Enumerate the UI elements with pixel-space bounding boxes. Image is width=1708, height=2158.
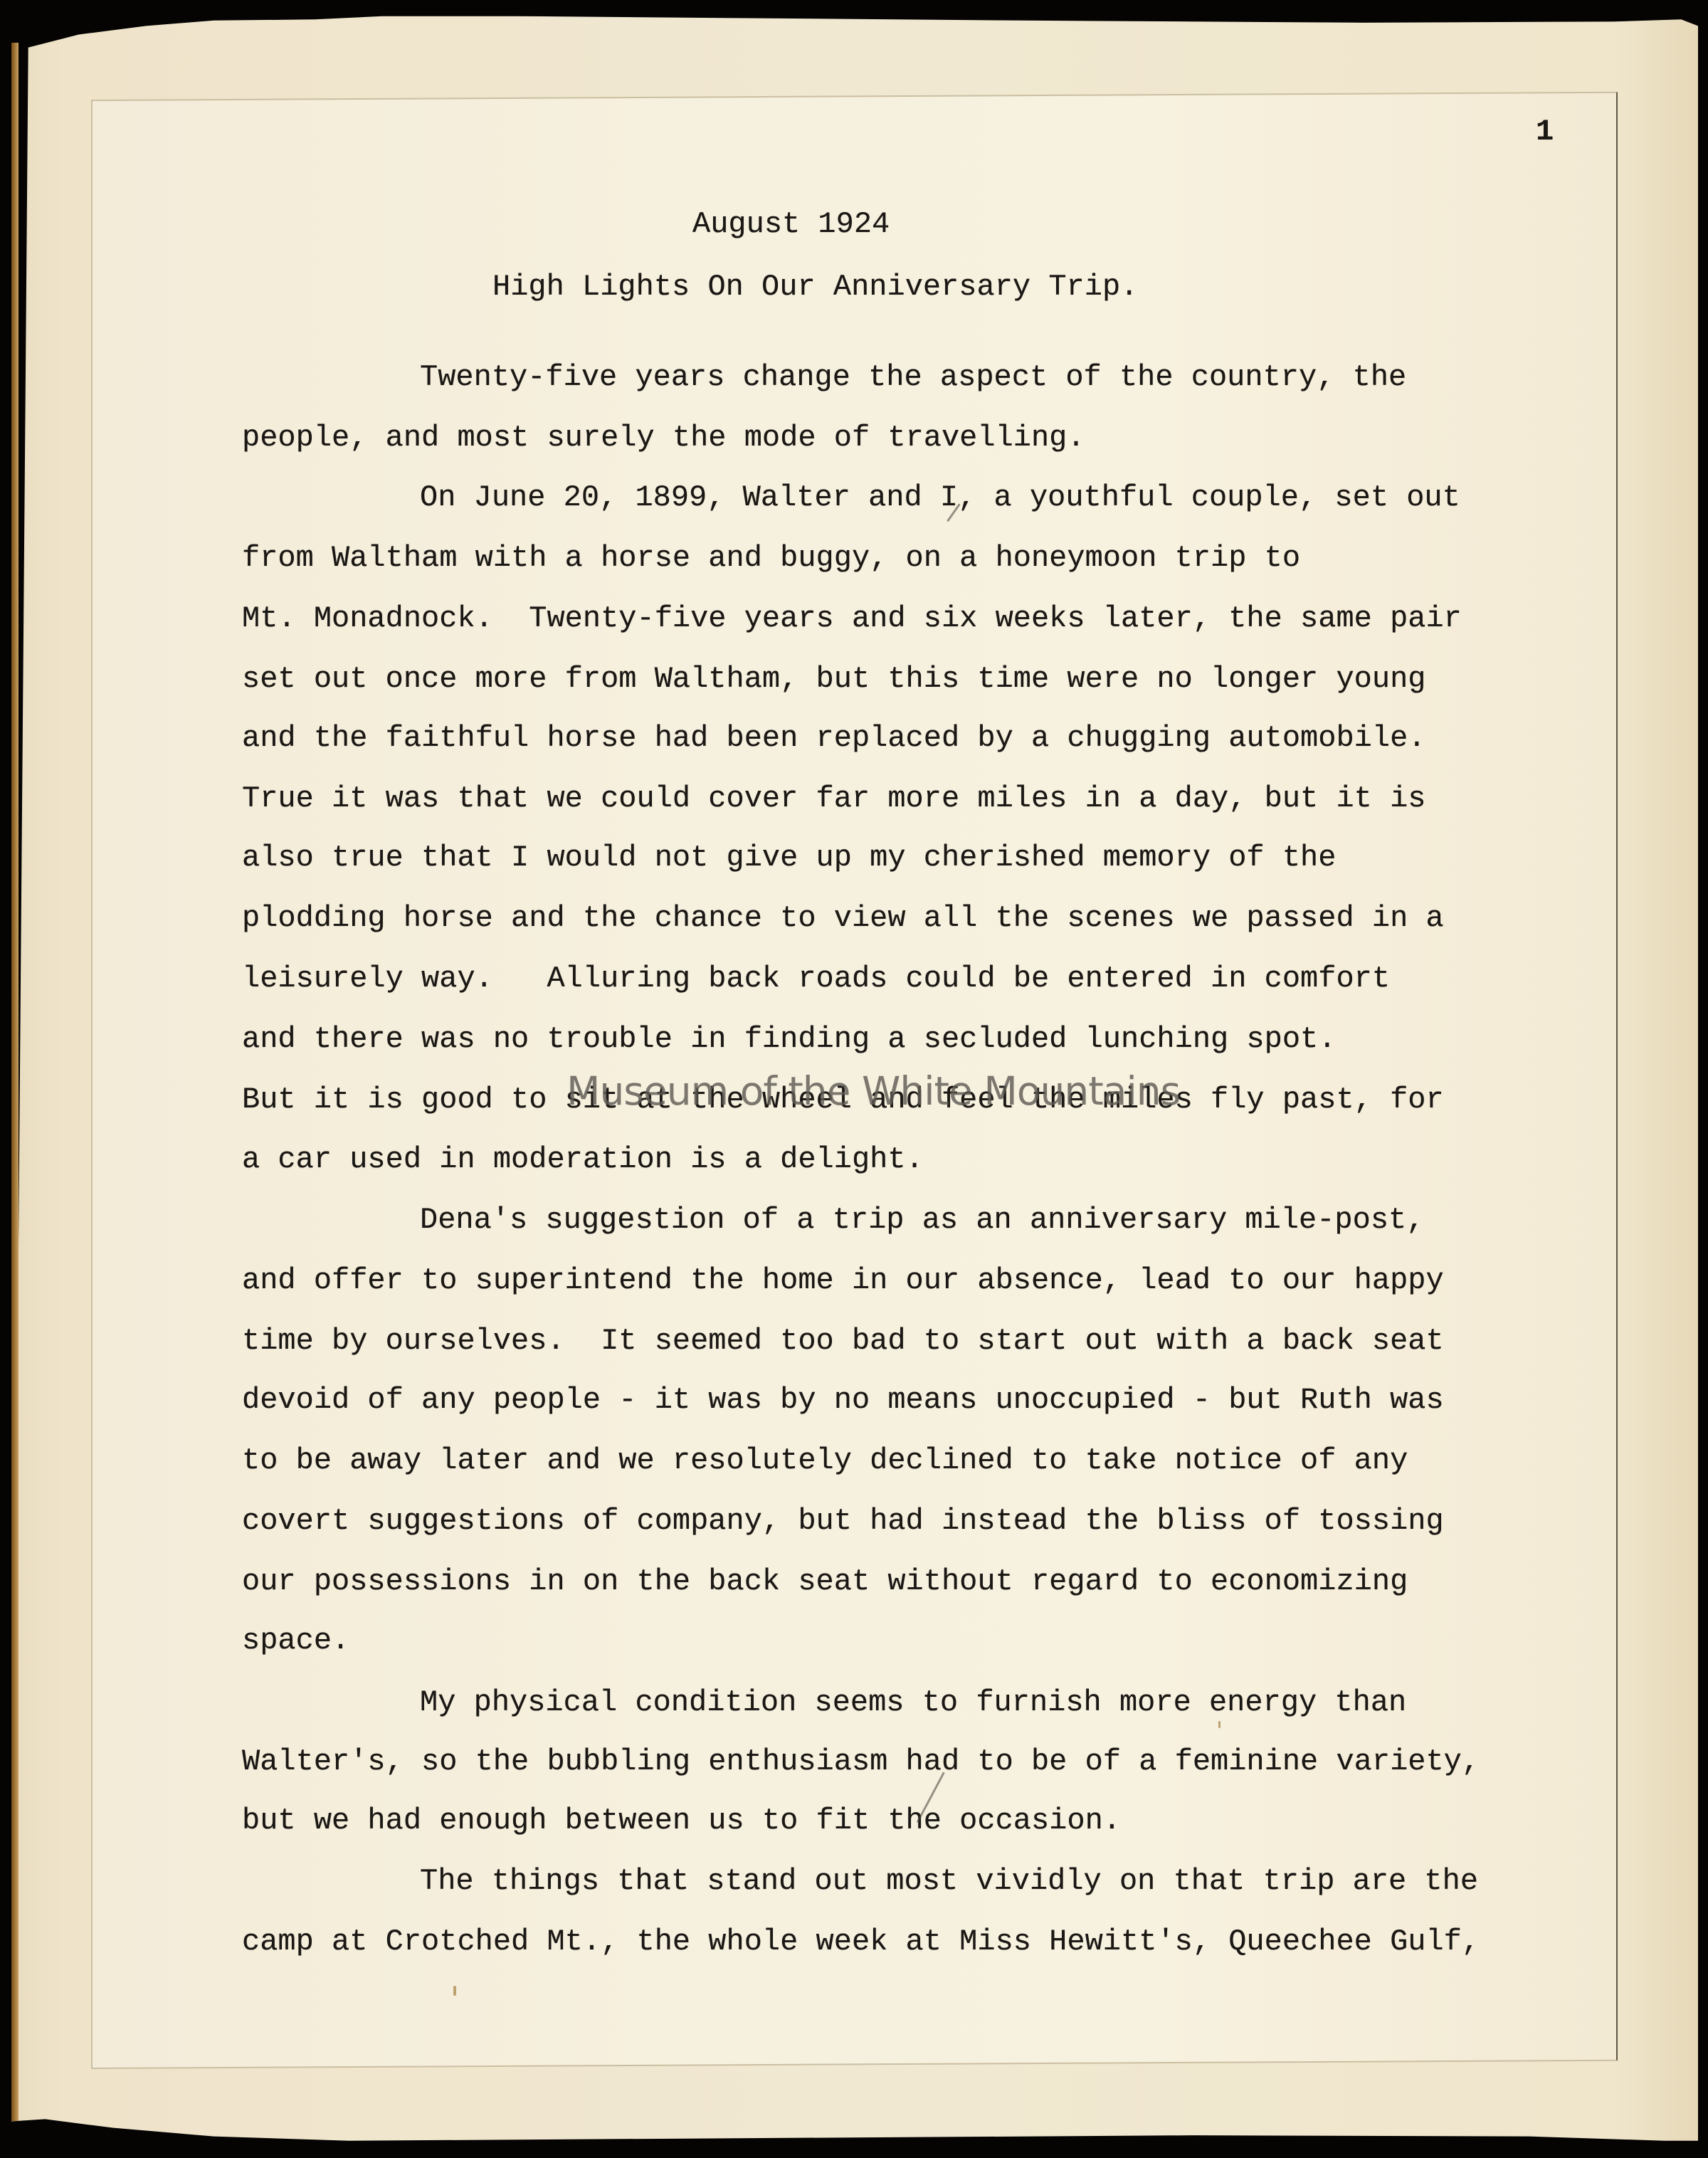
body-line: My physical condition seems to furnish m…: [420, 1685, 1406, 1720]
body-line: Walter's, so the bubbling enthusiasm had…: [242, 1744, 1480, 1779]
body-line: from Waltham with a horse and buggy, on …: [242, 540, 1300, 576]
body-line: Twenty-five years change the aspect of t…: [420, 359, 1406, 395]
paper-blemish: [1218, 1721, 1221, 1728]
watermark: Museum of the White Mountains: [566, 1068, 1180, 1115]
document-title: High Lights On Our Anniversary Trip.: [492, 269, 1138, 305]
body-line: and there was no trouble in finding a se…: [242, 1021, 1336, 1057]
paper-blemish: [453, 1986, 456, 1996]
body-line: and offer to superintend the home in our…: [242, 1263, 1444, 1298]
document-text: 1 August 1924 High Lights On Our Anniver…: [0, 0, 1708, 2158]
body-line: set out once more from Waltham, but this…: [242, 661, 1425, 697]
body-line: to be away later and we resolutely decli…: [242, 1443, 1408, 1478]
body-line: but we had enough between us to fit the …: [242, 1803, 1121, 1838]
body-line: camp at Crotched Mt., the whole week at …: [242, 1924, 1480, 1959]
body-line: our possessions in on the back seat with…: [242, 1564, 1408, 1599]
body-line: people, and most surely the mode of trav…: [242, 420, 1085, 456]
body-line: and the faithful horse had been replaced…: [242, 720, 1425, 756]
body-line: devoid of any people - it was by no mean…: [242, 1382, 1444, 1418]
body-line: also true that I would not give up my ch…: [242, 840, 1336, 875]
body-line: leisurely way. Alluring back roads could…: [242, 961, 1390, 996]
body-line: The things that stand out most vividly o…: [420, 1863, 1478, 1899]
page-number: 1: [1536, 114, 1554, 149]
body-line: covert suggestions of company, but had i…: [242, 1503, 1444, 1539]
body-line: time by ourselves. It seemed too bad to …: [242, 1323, 1444, 1359]
body-line: a car used in moderation is a delight.: [242, 1142, 924, 1177]
body-line: True it was that we could cover far more…: [242, 781, 1425, 816]
body-line: plodding horse and the chance to view al…: [242, 900, 1444, 936]
body-line: Mt. Monadnock. Twenty-five years and six…: [242, 601, 1462, 636]
date-heading: August 1924: [692, 206, 890, 242]
body-line: space.: [242, 1623, 349, 1658]
body-line: Dena's suggestion of a trip as an annive…: [420, 1202, 1424, 1238]
body-line: On June 20, 1899, Walter and I, a youthf…: [420, 480, 1460, 515]
